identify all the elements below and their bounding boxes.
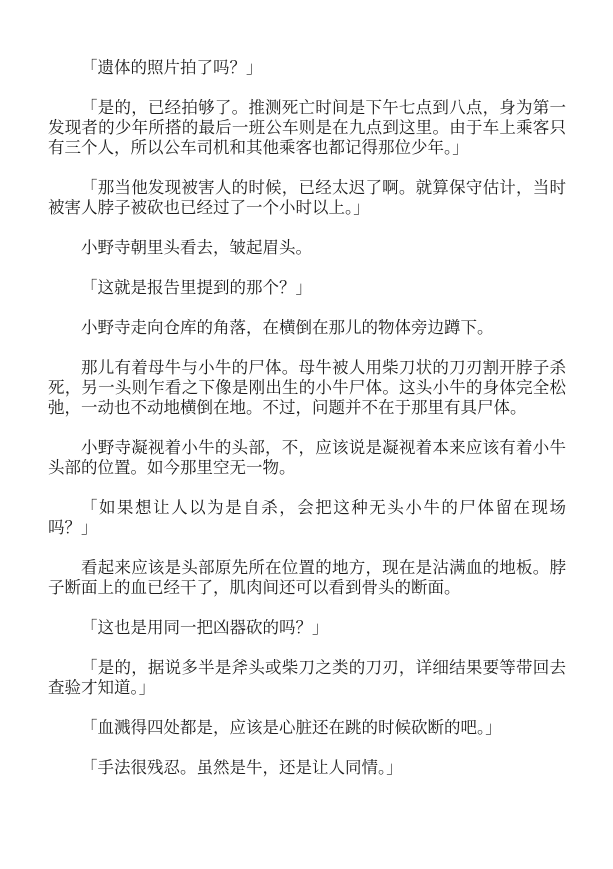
paragraph: 看起来应该是头部原先所在位置的地方，现在是沾满血的地板。脖子断面上的血已经干了，… bbox=[48, 558, 566, 598]
paragraph: 小野寺走向仓库的角落，在横倒在那儿的物体旁边蹲下。 bbox=[48, 318, 566, 338]
book-page: 「遗体的照片拍了吗？」 「是的，已经拍够了。推测死亡时间是下午七点到八点，身为第… bbox=[0, 0, 613, 869]
paragraph: 那儿有着母牛与小牛的尸体。母牛被人用柴刀状的刀刃割开脖子杀死，另一头则乍看之下像… bbox=[48, 358, 566, 418]
paragraph: 小野寺凝视着小牛的头部，不，应该说是凝视着本来应该有着小牛头部的位置。如今那里空… bbox=[48, 438, 566, 478]
paragraph: 「如果想让人以为是自杀，会把这种无头小牛的尸体留在现场吗？」 bbox=[48, 498, 566, 538]
paragraph: 小野寺朝里头看去，皱起眉头。 bbox=[48, 238, 566, 258]
body-text: 「遗体的照片拍了吗？」 「是的，已经拍够了。推测死亡时间是下午七点到八点，身为第… bbox=[48, 58, 566, 798]
paragraph: 「血溅得四处都是，应该是心脏还在跳的时候砍断的吧。」 bbox=[48, 718, 566, 738]
paragraph: 「手法很残忍。虽然是牛，还是让人同情。」 bbox=[48, 758, 566, 778]
paragraph: 「那当他发现被害人的时候，已经太迟了啊。就算保守估计，当时被害人脖子被砍也已经过… bbox=[48, 178, 566, 218]
paragraph: 「这也是用同一把凶器砍的吗？」 bbox=[48, 618, 566, 638]
paragraph: 「是的，已经拍够了。推测死亡时间是下午七点到八点，身为第一发现者的少年所搭的最后… bbox=[48, 98, 566, 158]
paragraph: 「是的，据说多半是斧头或柴刀之类的刀刃，详细结果要等带回去查验才知道。」 bbox=[48, 658, 566, 698]
paragraph: 「这就是报告里提到的那个？」 bbox=[48, 278, 566, 298]
paragraph: 「遗体的照片拍了吗？」 bbox=[48, 58, 566, 78]
